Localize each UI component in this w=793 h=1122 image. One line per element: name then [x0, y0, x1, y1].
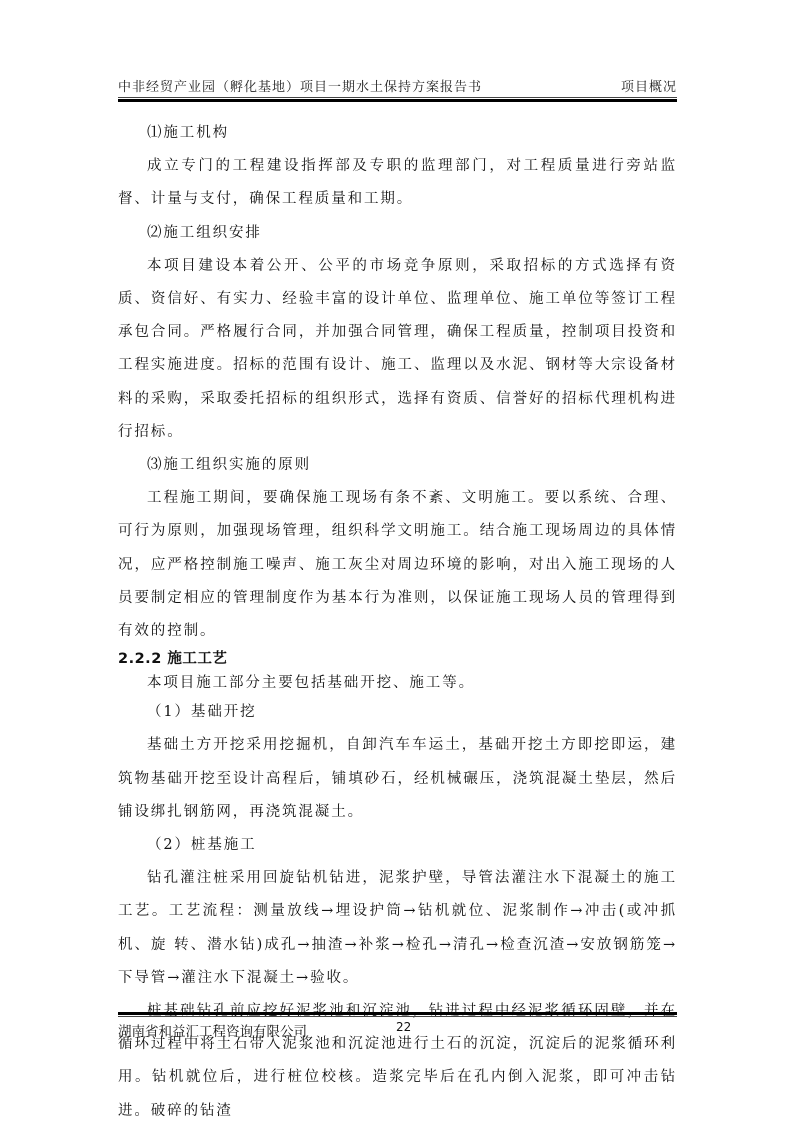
header-document-title: 中非经贸产业园（孵化基地）项目一期水土保持方案报告书 — [118, 76, 482, 95]
page-footer: 湖南省和益汇工程咨询有限公司 22 — [118, 1020, 677, 1040]
subheading-organization-arrangement: ⑵施工组织安排 — [118, 217, 677, 250]
paragraph-foundation-excavation: 基础土方开挖采用挖掘机，自卸汽车车运土，基础开挖土方即挖即运，建筑物基础开挖至设… — [118, 729, 677, 829]
footer-company-name: 湖南省和益汇工程咨询有限公司 — [118, 1020, 307, 1040]
page-body: ⑴施工机构 成立专门的工程建设指挥部及专职的监理部门，对工程质量进行旁站监督、计… — [118, 117, 677, 1122]
header-rule — [118, 97, 677, 102]
subheading-foundation-excavation: （1）基础开挖 — [118, 696, 677, 729]
paragraph-construction-organization: 成立专门的工程建设指挥部及专职的监理部门，对工程质量进行旁站监督、计量与支付，确… — [118, 150, 677, 216]
paragraph-implementation-principles: 工程施工期间，要确保施工现场有条不紊、文明施工。要以系统、合理、可行为原则，加强… — [118, 482, 677, 648]
page-number: 22 — [396, 1020, 411, 1034]
subheading-implementation-principles: ⑶施工组织实施的原则 — [118, 449, 677, 482]
document-page: 中非经贸产业园（孵化基地）项目一期水土保持方案报告书 项目概况 ⑴施工机构 成立… — [0, 0, 793, 1122]
subheading-construction-organization: ⑴施工机构 — [118, 117, 677, 150]
section-heading-construction-process: 2.2.2 施工工艺 — [118, 648, 677, 670]
paragraph-organization-arrangement: 本项目建设本着公开、公平的市场竞争原则，采取招标的方式选择有资质、资信好、有实力… — [118, 250, 677, 449]
footer-rule-thin — [118, 1016, 677, 1017]
subheading-pile-foundation: （2）桩基施工 — [118, 829, 677, 862]
header-rule-thick — [118, 99, 677, 102]
footer-rule-thick — [118, 1012, 677, 1015]
footer-rule — [118, 1012, 677, 1018]
header-rule-thin — [118, 97, 677, 98]
paragraph-pile-process: 钻孔灌注桩采用回旋钻机钻进，泥浆护壁，导管法灌注水下混凝土的施工工艺。工艺流程：… — [118, 862, 677, 995]
page-header: 中非经贸产业园（孵化基地）项目一期水土保持方案报告书 项目概况 — [118, 76, 677, 94]
header-section-name: 项目概况 — [621, 76, 677, 95]
paragraph-section-intro: 本项目施工部分主要包括基础开挖、施工等。 — [118, 670, 677, 696]
